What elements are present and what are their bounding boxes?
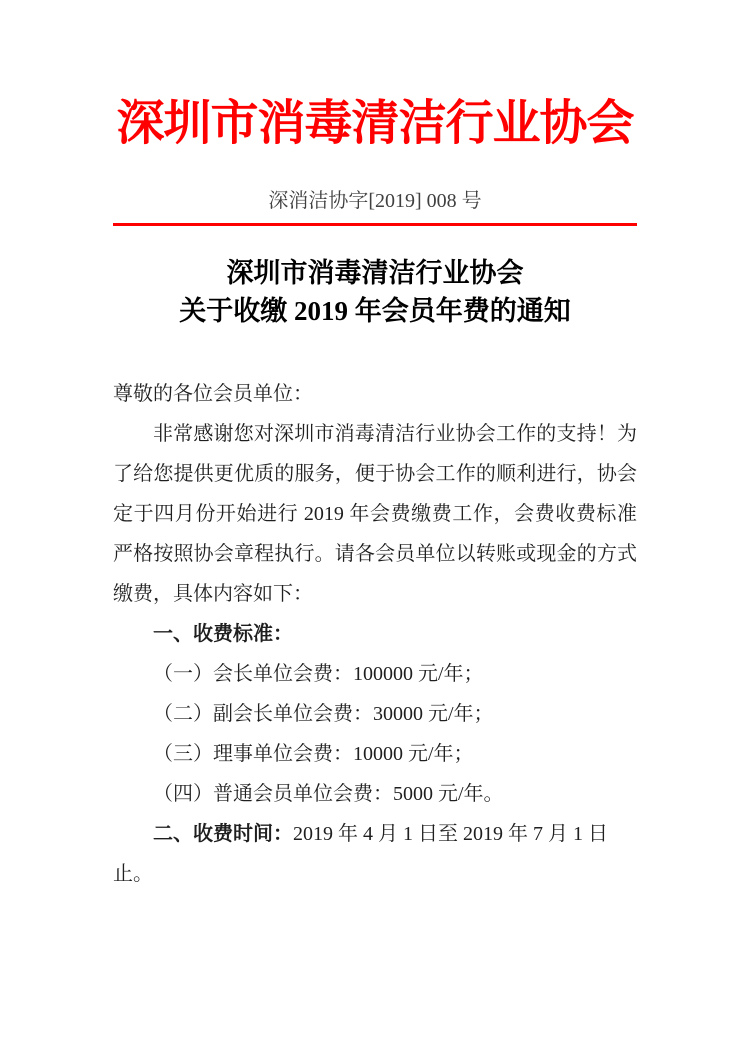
notice-title-line1: 深圳市消毒清洁行业协会 bbox=[113, 254, 637, 292]
fee-item-president: （一）会长单位会费：100000 元/年； bbox=[113, 654, 637, 694]
fee-item-vice-president: （二）副会长单位会费：30000 元/年； bbox=[113, 694, 637, 734]
red-divider bbox=[113, 223, 637, 226]
fee-item-regular-member: （四）普通会员单位会费：5000 元/年。 bbox=[113, 774, 637, 814]
salutation: 尊敬的各位会员单位： bbox=[113, 374, 637, 414]
intro-paragraph: 非常感谢您对深圳市消毒清洁行业协会工作的支持！为了给您提供更优质的服务，便于协会… bbox=[113, 414, 637, 614]
notice-body: 尊敬的各位会员单位： 非常感谢您对深圳市消毒清洁行业协会工作的支持！为了给您提供… bbox=[113, 374, 637, 894]
section2-line: 二、收费时间：2019 年 4 月 1 日至 2019 年 7 月 1 日止。 bbox=[113, 814, 637, 894]
section2-heading: 二、收费时间： bbox=[153, 823, 293, 845]
notice-title-line2: 关于收缴 2019 年会员年费的通知 bbox=[113, 292, 637, 330]
section1-heading: 一、收费标准： bbox=[113, 614, 637, 654]
notice-title: 深圳市消毒清洁行业协会 关于收缴 2019 年会员年费的通知 bbox=[113, 254, 637, 330]
fee-item-director: （三）理事单位会费：10000 元/年； bbox=[113, 734, 637, 774]
document-page: 深圳市消毒清洁行业协会 深消洁协字[2019] 008 号 深圳市消毒清洁行业协… bbox=[0, 0, 750, 1060]
org-title: 深圳市消毒清洁行业协会 bbox=[113, 96, 637, 152]
doc-number: 深消洁协字[2019] 008 号 bbox=[113, 188, 637, 214]
